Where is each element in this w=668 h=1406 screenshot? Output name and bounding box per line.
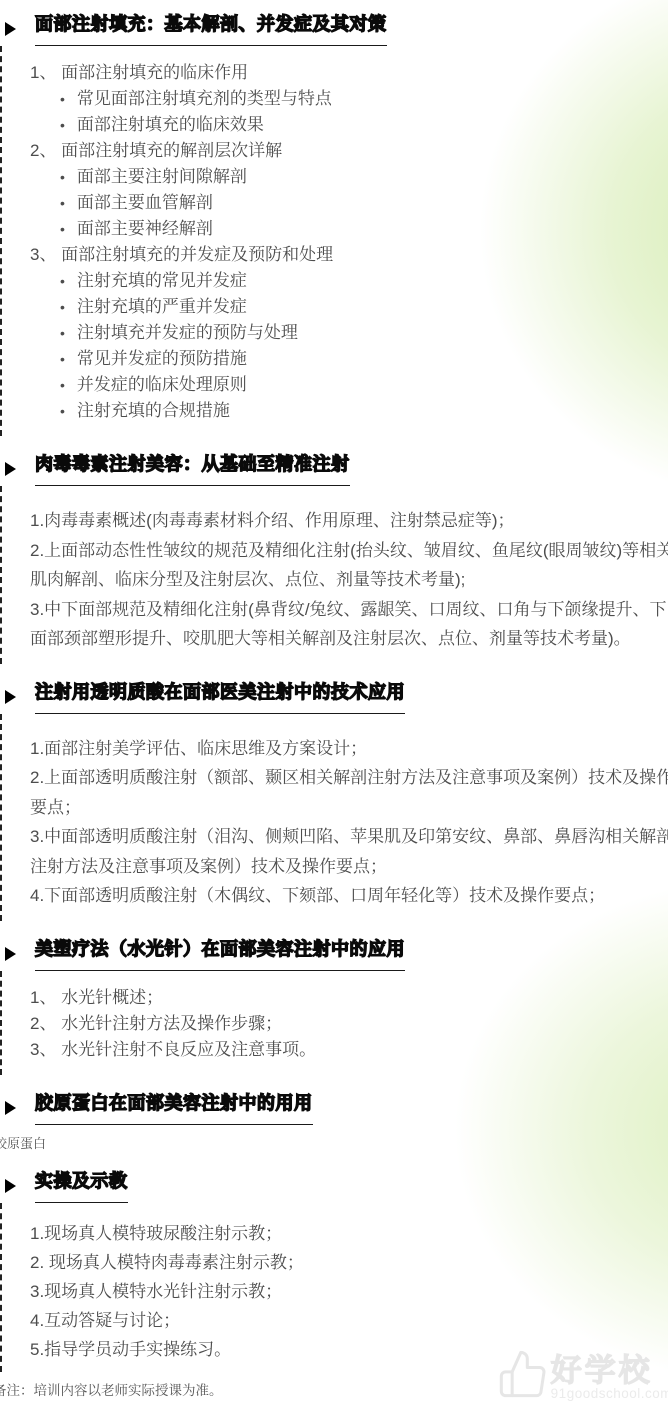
- section-title: 实操及示教: [35, 1169, 128, 1203]
- bullet-icon: •: [60, 346, 65, 372]
- list-item: 1、 水光针概述；: [30, 985, 668, 1011]
- bullet-icon: •: [60, 398, 65, 424]
- list-item-text: 注射充填的严重并发症: [77, 294, 247, 320]
- list-item: 1.面部注射美学评估、临床思维及方案设计；: [30, 734, 668, 764]
- section-content: 1.肉毒毒素概述(肉毒毒素材料介绍、作用原理、注射禁忌症等)；2.上面部动态性性…: [0, 486, 668, 664]
- list-item: •常见并发症的预防措施: [30, 346, 668, 372]
- section-header: 胶原蛋白在面部美容注射中的用用: [0, 1091, 668, 1125]
- bullet-icon: •: [60, 372, 65, 398]
- list-item-text: 面部主要注射间隙解剖: [77, 164, 247, 190]
- list-item: 1、 面部注射填充的临床作用: [30, 60, 668, 86]
- watermark-text: 好学校 91goodschool.com: [551, 1356, 668, 1402]
- bullet-icon: •: [60, 112, 65, 138]
- section-content: 1.面部注射美学评估、临床思维及方案设计；2.上面部透明质酸注射（额部、颞区相关…: [0, 714, 668, 921]
- section-botox: 肉毒毒素注射美容：从基础至精准注射1.肉毒毒素概述(肉毒毒素材料介绍、作用原理、…: [0, 452, 668, 664]
- bullet-icon: •: [60, 268, 65, 294]
- list-item-text: 面部主要神经解剖: [77, 216, 213, 242]
- list-item: •面部主要注射间隙解剖: [30, 164, 668, 190]
- list-item: 3.中下面部规范及精细化注射(鼻背纹/兔纹、露龈笑、口周纹、口角与下颌缘提升、下…: [30, 595, 668, 654]
- section-content: 1、 水光针概述；2、 水光针注射方法及操作步骤；3、 水光针注射不良反应及注意…: [0, 971, 668, 1075]
- list-item-text: 注射充填的合规措施: [77, 398, 230, 424]
- bullet-icon: •: [60, 216, 65, 242]
- list-item: •面部主要神经解剖: [30, 216, 668, 242]
- watermark-brand: 好学校: [551, 1356, 653, 1386]
- section-header: 实操及示教: [0, 1169, 668, 1203]
- list-item: •面部主要血管解剖: [30, 190, 668, 216]
- triangle-bullet-icon: [5, 1101, 16, 1115]
- section-mesotherapy: 美塑疗法（水光针）在面部美容注射中的应用1、 水光针概述；2、 水光针注射方法及…: [0, 937, 668, 1075]
- list-item-text: 面部注射填充的临床效果: [77, 112, 264, 138]
- section-title: 注射用透明质酸在面部医美注射中的技术应用: [35, 680, 405, 714]
- triangle-bullet-icon: [5, 690, 16, 704]
- list-item: 1.肉毒毒素概述(肉毒毒素材料介绍、作用原理、注射禁忌症等)；: [30, 506, 668, 536]
- list-item: 3、 水光针注射不良反应及注意事项。: [30, 1037, 668, 1063]
- list-item: •注射填充并发症的预防与处理: [30, 320, 668, 346]
- section-header: 美塑疗法（水光针）在面部美容注射中的应用: [0, 937, 668, 971]
- list-item: •注射充填的常见并发症: [30, 268, 668, 294]
- section-title: 胶原蛋白在面部美容注射中的用用: [35, 1091, 313, 1125]
- section-header: 面部注射填充：基本解剖、并发症及其对策: [0, 12, 668, 46]
- list-item: 2、 水光针注射方法及操作步骤；: [30, 1011, 668, 1037]
- bullet-icon: •: [60, 320, 65, 346]
- thumbs-up-icon: [497, 1346, 549, 1402]
- section-practice: 实操及示教1.现场真人模特玻尿酸注射示教；2. 现场真人模特肉毒毒素注射示教；3…: [0, 1169, 668, 1372]
- section-title: 面部注射填充：基本解剖、并发症及其对策: [35, 12, 387, 46]
- watermark: 好学校 91goodschool.com: [497, 1346, 668, 1402]
- list-item: 3.中面部透明质酸注射（泪沟、侧颊凹陷、苹果肌及印第安纹、鼻部、鼻唇沟相关解剖注…: [30, 822, 668, 881]
- bullet-icon: •: [60, 294, 65, 320]
- section-content: 1、 面部注射填充的临床作用•常见面部注射填充剂的类型与特点•面部注射填充的临床…: [0, 46, 668, 436]
- list-item-text: 并发症的临床处理原则: [77, 372, 247, 398]
- triangle-bullet-icon: [5, 462, 16, 476]
- list-item: 3.现场真人模特水光针注射示教；: [30, 1277, 668, 1306]
- bullet-icon: •: [60, 164, 65, 190]
- bullet-icon: •: [60, 86, 65, 112]
- section-title: 肉毒毒素注射美容：从基础至精准注射: [35, 452, 350, 486]
- list-item-text: 注射填充并发症的预防与处理: [77, 320, 298, 346]
- list-item: 2.上面部动态性性皱纹的规范及精细化注射(抬头纹、皱眉纹、鱼尾纹(眼周皱纹)等相…: [30, 536, 668, 595]
- list-item-text: 面部主要血管解剖: [77, 190, 213, 216]
- list-item: •注射充填的合规措施: [30, 398, 668, 424]
- list-item: 2、 面部注射填充的解剖层次详解: [30, 138, 668, 164]
- list-item-text: 注射充填的常见并发症: [77, 268, 247, 294]
- list-item: •常见面部注射填充剂的类型与特点: [30, 86, 668, 112]
- section-header: 注射用透明质酸在面部医美注射中的技术应用: [0, 680, 668, 714]
- list-item: 4.互动答疑与讨论；: [30, 1306, 668, 1335]
- collagen-note: 胶原蛋白: [0, 1135, 668, 1153]
- section-header: 肉毒毒素注射美容：从基础至精准注射: [0, 452, 668, 486]
- section-hyaluronic: 注射用透明质酸在面部医美注射中的技术应用1.面部注射美学评估、临床思维及方案设计…: [0, 680, 668, 921]
- course-outline: 面部注射填充：基本解剖、并发症及其对策1、 面部注射填充的临床作用•常见面部注射…: [0, 0, 668, 1372]
- list-item: •面部注射填充的临床效果: [30, 112, 668, 138]
- list-item: 2.上面部透明质酸注射（额部、颞区相关解剖注射方法及注意事项及案例）技术及操作要…: [30, 763, 668, 822]
- section-title: 美塑疗法（水光针）在面部美容注射中的应用: [35, 937, 405, 971]
- list-item: •注射充填的严重并发症: [30, 294, 668, 320]
- list-item: 1.现场真人模特玻尿酸注射示教；: [30, 1219, 668, 1248]
- watermark-domain: 91goodschool.com: [551, 1386, 668, 1402]
- section-collagen: 胶原蛋白在面部美容注射中的用用胶原蛋白: [0, 1091, 668, 1153]
- triangle-bullet-icon: [5, 1179, 16, 1193]
- list-item: 4.下面部透明质酸注射（木偶纹、下颏部、口周年轻化等）技术及操作要点；: [30, 881, 668, 911]
- list-item: •并发症的临床处理原则: [30, 372, 668, 398]
- list-item: 2. 现场真人模特肉毒毒素注射示教；: [30, 1248, 668, 1277]
- section-filler: 面部注射填充：基本解剖、并发症及其对策1、 面部注射填充的临床作用•常见面部注射…: [0, 12, 668, 436]
- bullet-icon: •: [60, 190, 65, 216]
- triangle-bullet-icon: [5, 947, 16, 961]
- list-item: 3、 面部注射填充的并发症及预防和处理: [30, 242, 668, 268]
- list-item-text: 常见并发症的预防措施: [77, 346, 247, 372]
- triangle-bullet-icon: [5, 22, 16, 36]
- list-item-text: 常见面部注射填充剂的类型与特点: [77, 86, 332, 112]
